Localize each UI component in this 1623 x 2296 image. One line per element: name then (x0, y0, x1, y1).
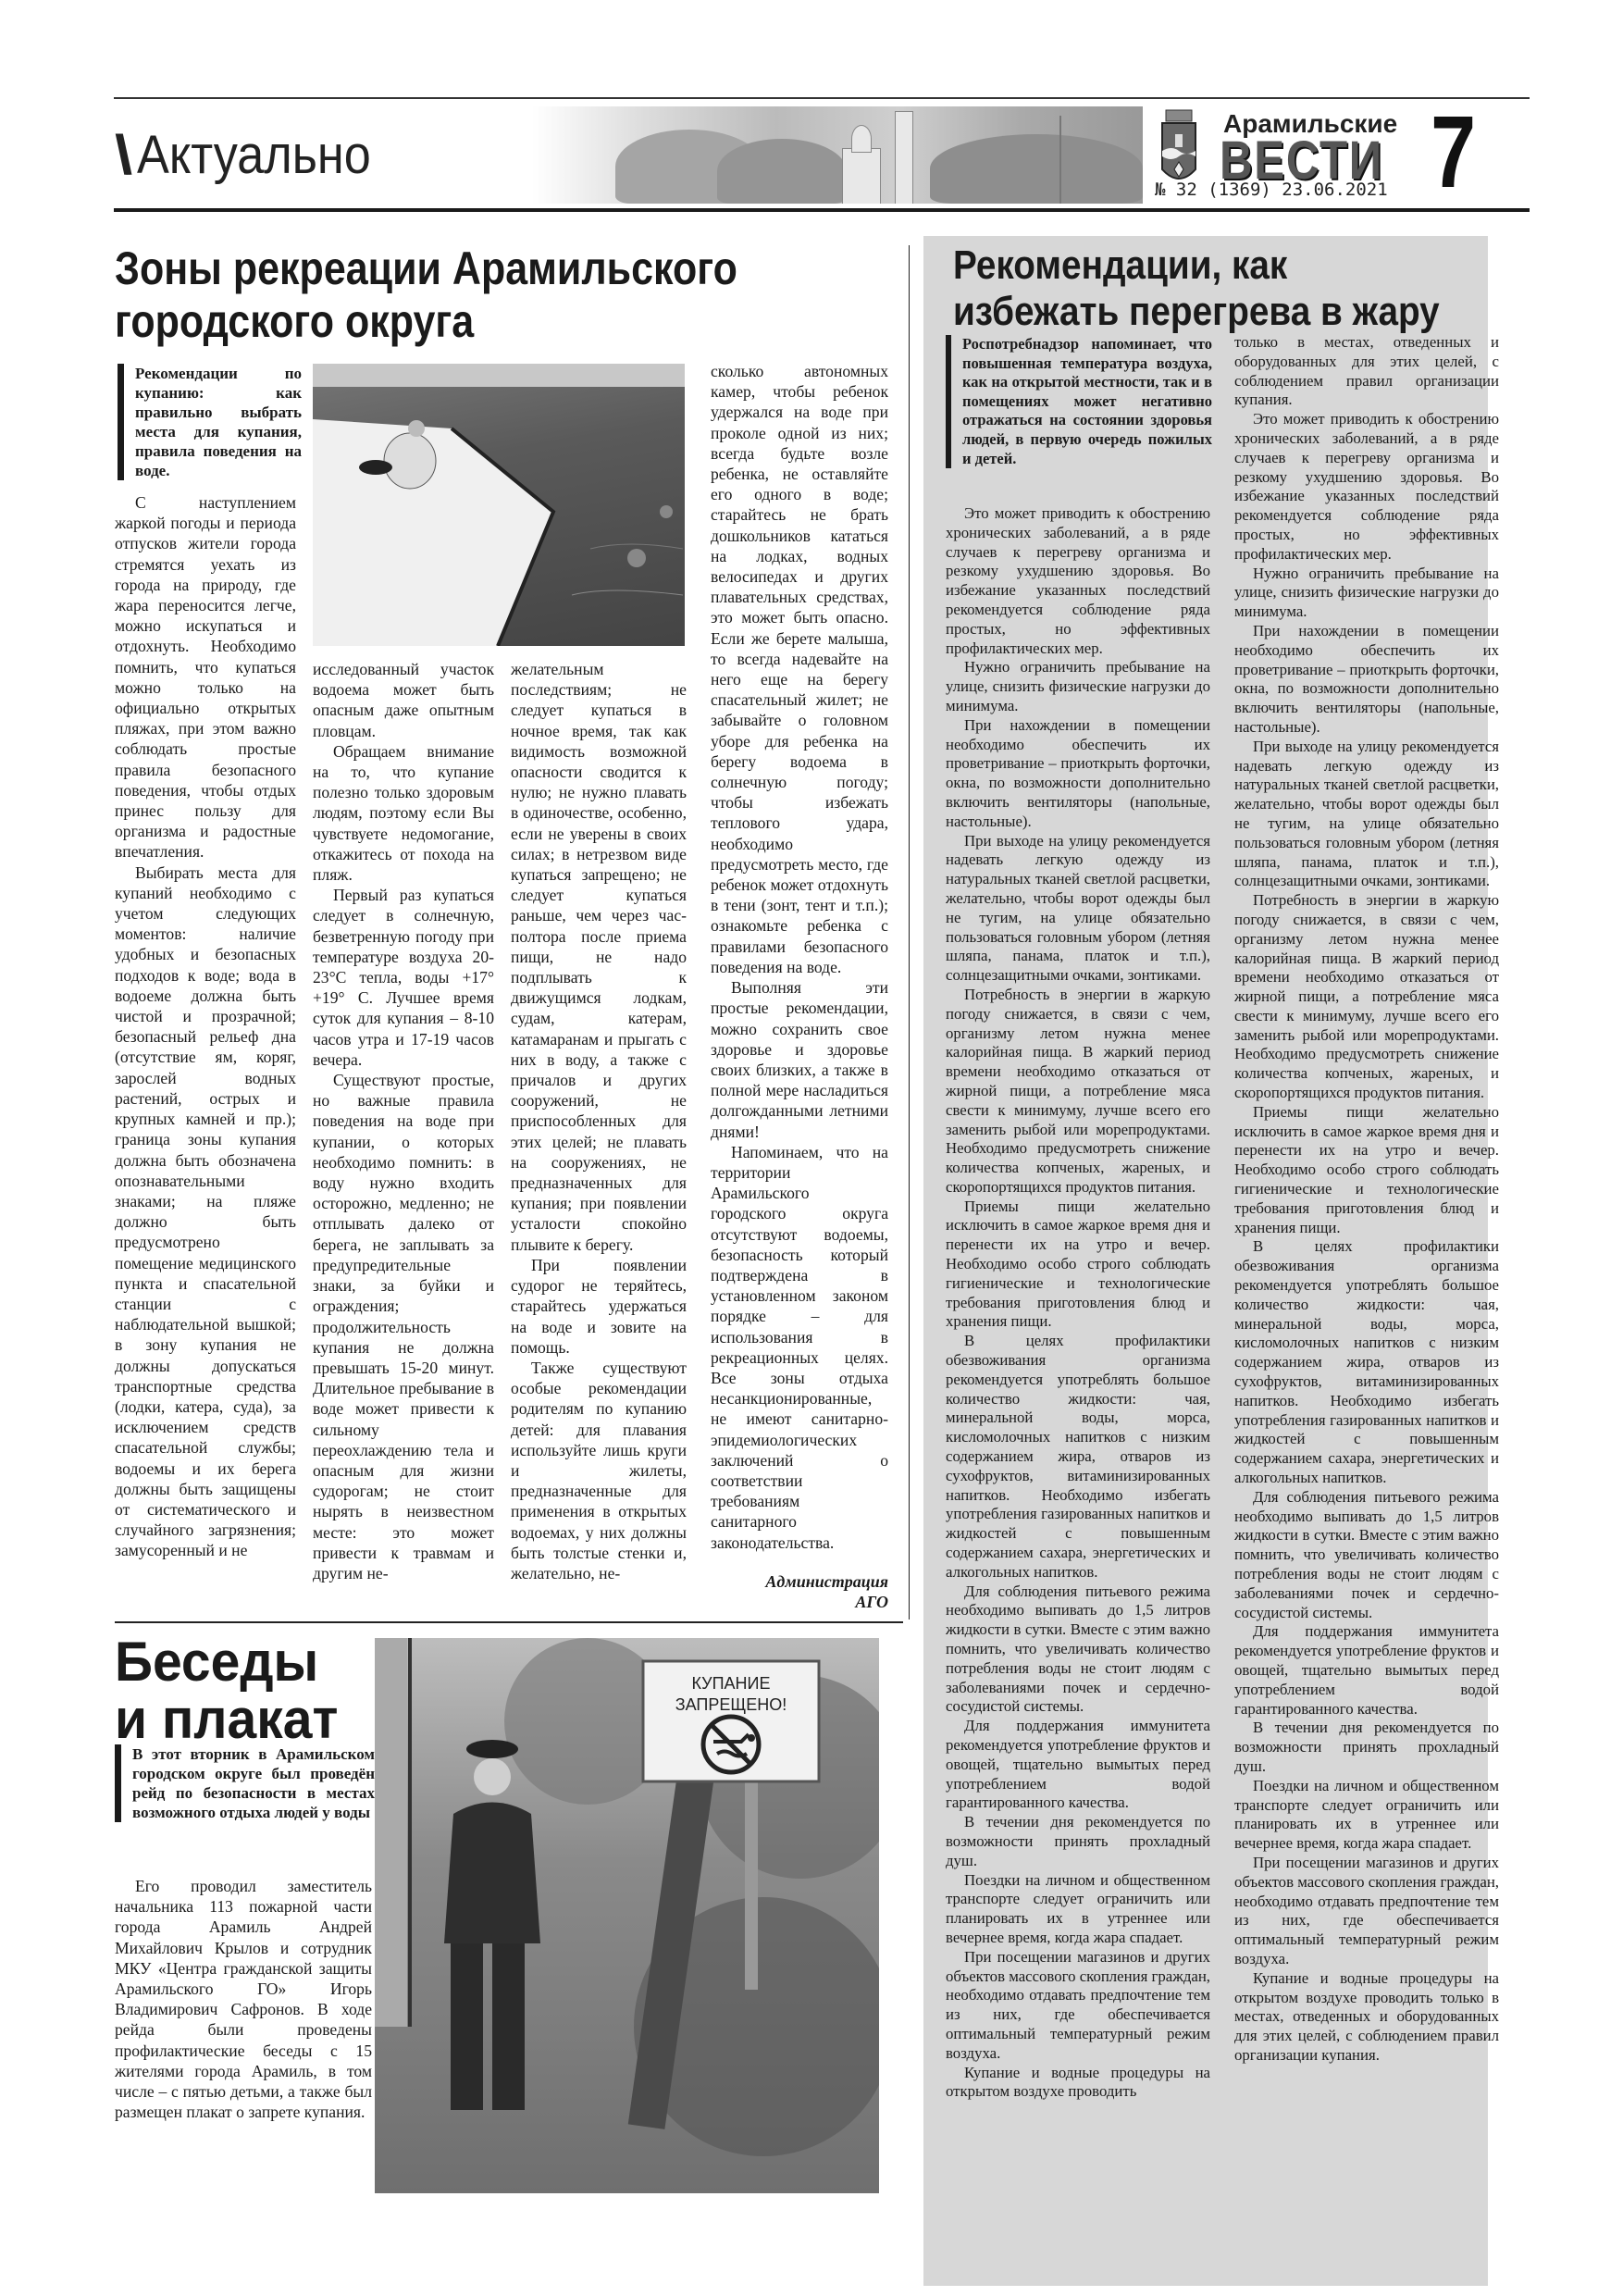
paragraph: желательным последствиям; не следует куп… (511, 659, 687, 1255)
paragraph: При нахождении в помещении необходимо об… (1234, 622, 1499, 738)
paragraph: Обращаем внимание на то, что купание пол… (313, 741, 494, 885)
signature-line-1: Администрация (711, 1571, 888, 1592)
paragraph: Существуют простые, но важные правила по… (313, 1070, 494, 1583)
sidebar-column-2: только в местах, отведенных и оборудован… (1234, 333, 1499, 2066)
paragraph: При нахождении в помещении необходимо об… (946, 716, 1210, 832)
issue-number-date: № 32 (1369) 23.06.2021 (1155, 180, 1388, 200)
article2-title: Беседы и плакат (115, 1633, 378, 1748)
paragraph: В целях профилактики обезвоживания орган… (946, 1332, 1210, 1582)
section-header: \\\ Актуально (115, 122, 397, 187)
banner-pole (1059, 116, 1061, 204)
article1-lead: Рекомендации по купанию: как правильно в… (118, 364, 302, 480)
article1-column-2: исследованный участок водоема может быть… (313, 659, 494, 1583)
paragraph: Нужно ограничить пребывание на улице, сн… (946, 658, 1210, 715)
paragraph: При посещении магазинов и других объекто… (946, 1948, 1210, 2064)
paragraph: Это может приводить к обострению хрониче… (1234, 410, 1499, 564)
sidebar-lead: Роспотребнадзор напоминает, что повышенн… (946, 335, 1212, 468)
article2-photo: КУПАНИЕ ЗАПРЕЩЕНО! (375, 1638, 879, 2193)
paragraph: При появлении судорог не теряйтесь, стар… (511, 1255, 687, 1358)
top-rule (114, 97, 1530, 99)
header-banner-photo (532, 106, 1143, 204)
article1-column-3: желательным последствиям; не следует куп… (511, 659, 687, 1583)
paragraph: При посещении магазинов и других объекто… (1234, 1854, 1499, 1969)
sidebar-title-line: Рекомендации, как (953, 242, 1458, 289)
article1-column-4: сколько автономных камер, чтобы ребенок … (711, 361, 888, 1612)
paragraph: Купание и водные процедуры на открытом в… (946, 2064, 1210, 2103)
paragraph: Это может приводить к обострению хрониче… (946, 504, 1210, 658)
paragraph: Для поддержания иммунитета рекомендуется… (946, 1717, 1210, 1813)
article1-photo (313, 364, 685, 646)
paragraph: Первый раз купаться следует в солнечную,… (313, 885, 494, 1070)
paragraph: Приемы пищи желательно исключить в самое… (1234, 1103, 1499, 1238)
paragraph: При выходе на улицу рекомендуется надева… (946, 832, 1210, 986)
page-number: 7 (1431, 102, 1476, 204)
article-divider (115, 1621, 903, 1623)
article2-title-line: Беседы (115, 1633, 378, 1691)
paragraph: Выбирать места для купаний необходимо с … (115, 863, 296, 1561)
paragraph: Для поддержания иммунитета рекомендуется… (1234, 1622, 1499, 1719)
header-rule (114, 208, 1530, 212)
banner-church-dome (851, 125, 872, 153)
section-title: Актуально (137, 124, 371, 186)
article2-body: Его проводил заместитель начальника 113 … (115, 1876, 372, 2122)
article2-title-line: и плакат (115, 1691, 378, 1748)
paragraph: исследованный участок водоема может быть… (313, 659, 494, 741)
paragraph: Напоминаем, что на территории Арамильско… (711, 1142, 888, 1553)
sidebar-title-line: избежать перегрева в жару (953, 289, 1458, 335)
paragraph: Нужно ограничить пребывание на улице, сн… (1234, 565, 1499, 622)
column-divider (909, 245, 910, 1620)
sign-text-line1: КУПАНИЕ (691, 1674, 770, 1693)
paragraph: Для соблюдения питьевого режима необходи… (1234, 1488, 1499, 1623)
sign-text-line2: ЗАПРЕЩЕНО! (675, 1695, 787, 1714)
banner-trees (930, 134, 1143, 204)
paragraph: При выходе на улицу рекомендуется надева… (1234, 738, 1499, 891)
paragraph: В течении дня рекомендуется по возможнос… (946, 1813, 1210, 1870)
paragraph: В целях профилактики обезвоживания орган… (1234, 1237, 1499, 1487)
paragraph: только в местах, отведенных и оборудован… (1234, 333, 1499, 410)
paragraph: Потребность в энергии в жаркую погоду сн… (946, 986, 1210, 1198)
banner-church (842, 148, 881, 204)
paragraph: Поездки на личном и общественном транспо… (1234, 1777, 1499, 1854)
paragraph: С наступлением жаркой погоды и периода о… (115, 492, 296, 863)
paragraph: Поездки на личном и общественном транспо… (946, 1871, 1210, 1948)
sidebar-title: Рекомендации, как избежать перегрева в ж… (953, 242, 1458, 335)
sidebar-column-1: Это может приводить к обострению хрониче… (946, 504, 1210, 2102)
article1-column-1: С наступлением жаркой погоды и периода о… (115, 492, 296, 1561)
article2-lead: В этот вторник в Арамильском городском о… (115, 1744, 375, 1822)
signature-line-2: АГО (711, 1592, 888, 1612)
paragraph: Для соблюдения питьевого режима необходи… (946, 1582, 1210, 1718)
paragraph: Приемы пищи желательно исключить в самое… (946, 1198, 1210, 1333)
paragraph: Его проводил заместитель начальника 113 … (115, 1876, 372, 2122)
banner-bell-tower (895, 111, 913, 204)
article1-title: Зоны рекреации Арамильского городского о… (115, 242, 911, 347)
city-crest-icon (1158, 106, 1199, 190)
paragraph: Выполняя эти простые рекомендации, можно… (711, 977, 888, 1142)
triple-slash-icon: \\\ (116, 123, 121, 187)
paragraph: сколько автономных камер, чтобы ребенок … (711, 361, 888, 977)
paragraph: Потребность в энергии в жаркую погоду сн… (1234, 891, 1499, 1103)
paragraph: Также существуют особые рекомендации род… (511, 1358, 687, 1583)
paragraph: Купание и водные процедуры на открытом в… (1234, 1969, 1499, 2066)
banner-trees (717, 139, 847, 204)
paragraph: В течении дня рекомендуется по возможнос… (1234, 1719, 1499, 1776)
